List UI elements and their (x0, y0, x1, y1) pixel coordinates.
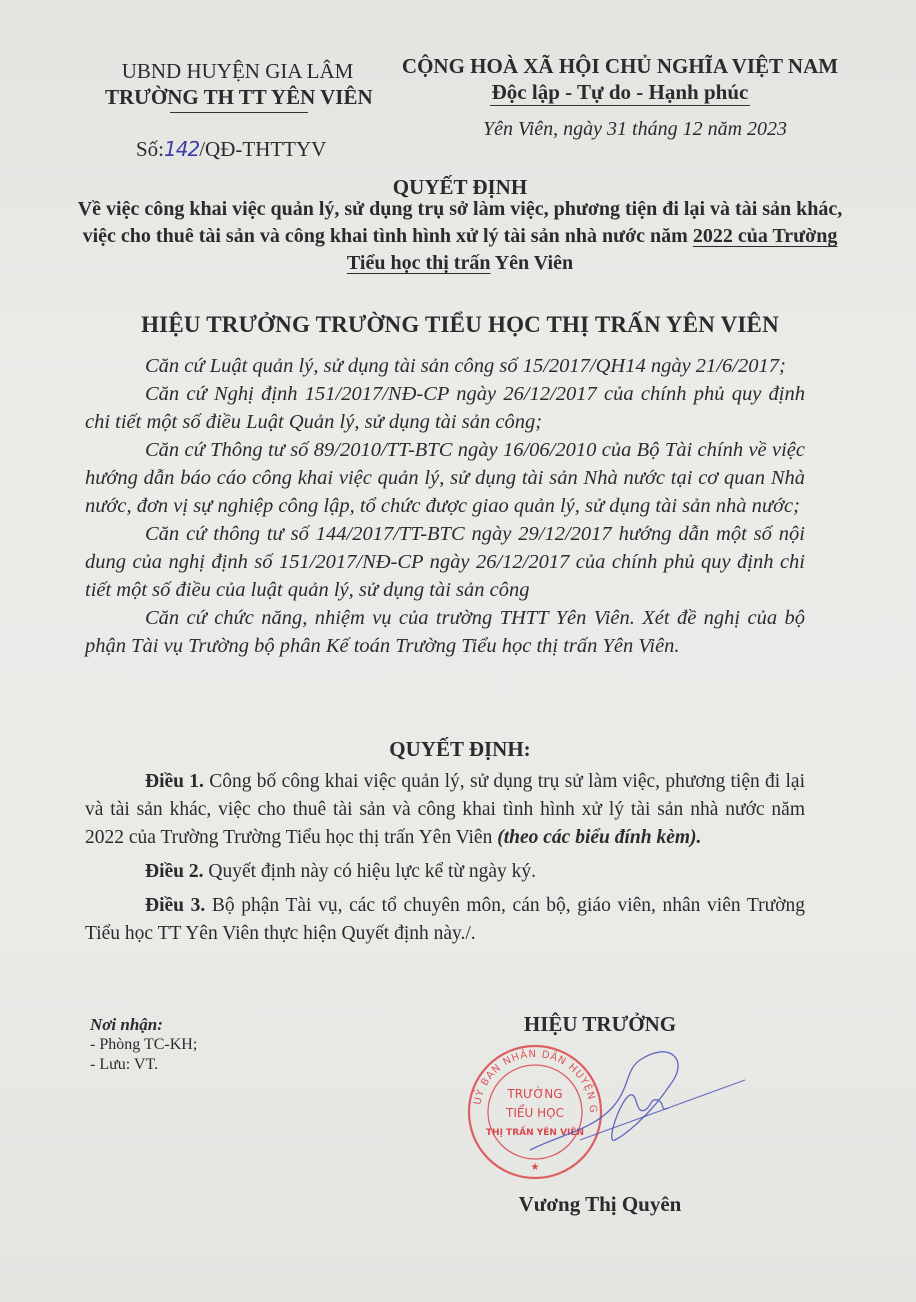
agency-line-1: UBND HUYỆN GIA LÂM (105, 58, 370, 84)
nation-line-1: CỘNG HOÀ XÃ HỘI CHỦ NGHĨA VIỆT NAM (400, 53, 840, 79)
place-date: Yên Viên, ngày 31 tháng 12 năm 2023 (440, 118, 830, 141)
document-number: Số:142/QĐ-THTTYV (136, 137, 326, 162)
nation-line-2: Độc lập - Tự do - Hạnh phúc (400, 79, 840, 105)
signature-icon (520, 1040, 750, 1170)
article-3: Điều 3. Bộ phận Tài vụ, các tổ chuyên mô… (85, 892, 805, 948)
decision-heading: QUYẾT ĐỊNH: (90, 737, 830, 762)
legal-basis-item: Căn cứ Nghị định 151/2017/NĐ-CP ngày 26/… (85, 380, 805, 436)
article-2: Điều 2. Quyết định này có hiệu lực kể từ… (85, 858, 805, 886)
issuing-agency: UBND HUYỆN GIA LÂM TRƯỜNG TH TT YÊN VIÊN (105, 58, 370, 110)
handwritten-number: 142 (164, 137, 199, 161)
articles: Điều 1. Công bố công khai việc quản lý, … (85, 768, 805, 948)
document-subject: Về việc công khai việc quản lý, sử dụng … (70, 196, 850, 277)
signer-title: HIỆU TRƯỞNG (490, 1012, 710, 1037)
motto-underline (490, 105, 750, 106)
article-1: Điều 1. Công bố công khai việc quản lý, … (85, 768, 805, 852)
recipient-item: - Phòng TC-KH; (90, 1035, 197, 1055)
agency-underline (170, 112, 308, 113)
recipients: Nơi nhận: - Phòng TC-KH; - Lưu: VT. (90, 1015, 197, 1075)
agency-line-2: TRƯỜNG TH TT YÊN VIÊN (105, 84, 370, 110)
legal-basis-item: Căn cứ chức năng, nhiệm vụ của trường TH… (85, 604, 805, 660)
legal-basis-item: Căn cứ Luật quản lý, sử dụng tài sản côn… (85, 352, 805, 380)
document-page: UBND HUYỆN GIA LÂM TRƯỜNG TH TT YÊN VIÊN… (0, 0, 916, 1302)
recipients-label: Nơi nhận: (90, 1015, 197, 1035)
recipient-item: - Lưu: VT. (90, 1055, 197, 1075)
legal-basis-item: Căn cứ Thông tư số 89/2010/TT-BTC ngày 1… (85, 436, 805, 520)
signer-name: Vương Thị Quyên (480, 1192, 720, 1217)
legal-bases: Căn cứ Luật quản lý, sử dụng tài sản côn… (85, 352, 805, 660)
legal-basis-item: Căn cứ thông tư số 144/2017/TT-BTC ngày … (85, 520, 805, 604)
issuing-authority: HIỆU TRƯỞNG TRƯỜNG TIỂU HỌC THỊ TRẤN YÊN… (90, 312, 830, 338)
national-motto: CỘNG HOÀ XÃ HỘI CHỦ NGHĨA VIỆT NAM Độc l… (400, 53, 840, 105)
